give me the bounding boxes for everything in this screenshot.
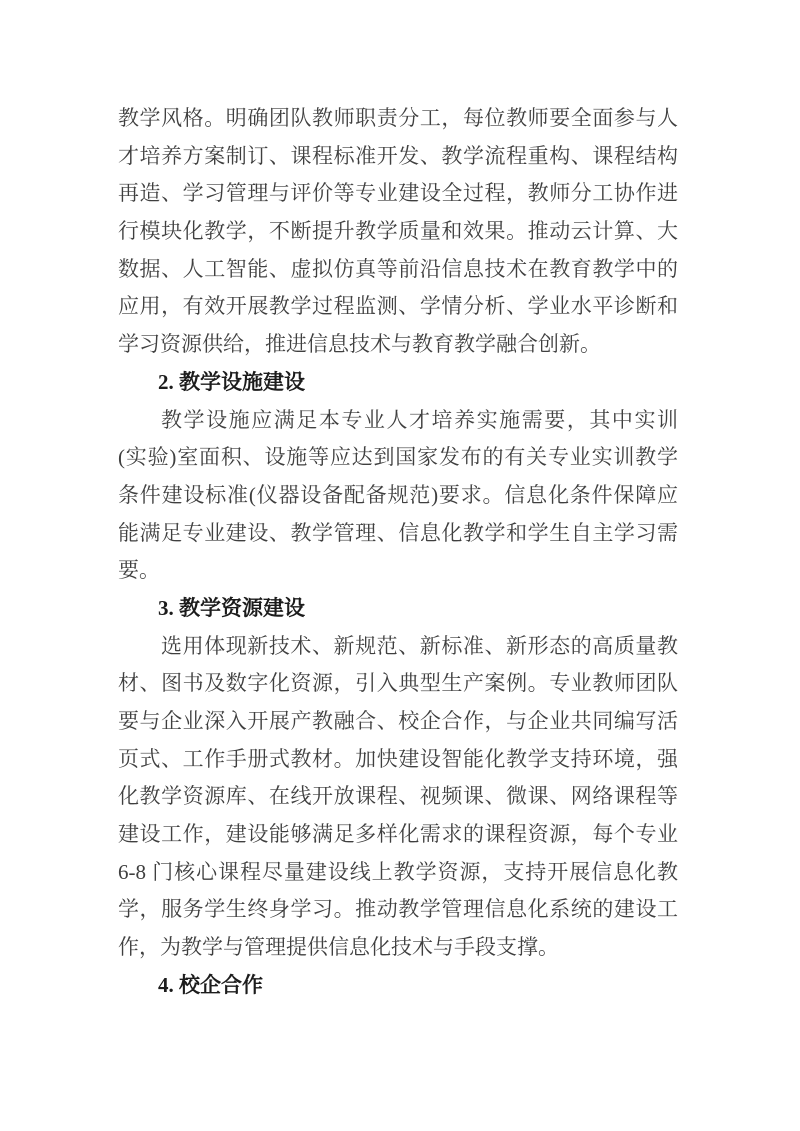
text-line: 数据、人工智能、虚拟仿真等前沿信息技术在教育教学中的	[118, 251, 678, 289]
text-line: 要与企业深入开展产教融合、校企合作，与企业共同编写活	[118, 703, 678, 741]
text-line: 才培养方案制订、课程标准开发、教学流程重构、课程结构	[118, 138, 678, 176]
text-line: 学，服务学生终身学习。推动教学管理信息化系统的建设工	[118, 891, 678, 929]
text-line: 教学风格。明确团队教师职责分工，每位教师要全面参与人	[118, 100, 678, 138]
text-line: 学习资源供给，推进信息技术与教育教学融合创新。	[118, 326, 678, 364]
text-line: 作，为教学与管理提供信息化技术与手段支撑。	[118, 929, 678, 967]
text-line: 材、图书及数字化资源，引入典型生产案例。专业教师团队	[118, 665, 678, 703]
section-heading: 4. 校企合作	[118, 967, 678, 1005]
document-page: 教学风格。明确团队教师职责分工，每位教师要全面参与人才培养方案制订、课程标准开发…	[0, 0, 800, 1131]
document-text-column: 教学风格。明确团队教师职责分工，每位教师要全面参与人才培养方案制订、课程标准开发…	[118, 100, 678, 1005]
text-line: 6-8 门核心课程尽量建设线上教学资源，支持开展信息化教	[118, 854, 678, 892]
text-line: 行模块化教学，不断提升教学质量和效果。推动云计算、大	[118, 213, 678, 251]
text-line: 页式、工作手册式教材。加快建设智能化教学支持环境，强	[118, 741, 678, 779]
text-line: 教学设施应满足本专业人才培养实施需要，其中实训	[118, 402, 678, 440]
text-line: 建设工作，建设能够满足多样化需求的课程资源，每个专业	[118, 816, 678, 854]
text-line: 选用体现新技术、新规范、新标准、新形态的高质量教	[118, 628, 678, 666]
text-line: (实验)室面积、设施等应达到国家发布的有关专业实训教学	[118, 439, 678, 477]
text-line: 再造、学习管理与评价等专业建设全过程，教师分工协作进	[118, 175, 678, 213]
text-line: 化教学资源库、在线开放课程、视频课、微课、网络课程等	[118, 778, 678, 816]
text-line: 要。	[118, 552, 678, 590]
text-line: 能满足专业建设、教学管理、信息化教学和学生自主学习需	[118, 515, 678, 553]
section-heading: 3. 教学资源建设	[118, 590, 678, 628]
text-line: 应用，有效开展教学过程监测、学情分析、学业水平诊断和	[118, 288, 678, 326]
section-heading: 2. 教学设施建设	[118, 364, 678, 402]
text-line: 条件建设标准(仪器设备配备规范)要求。信息化条件保障应	[118, 477, 678, 515]
